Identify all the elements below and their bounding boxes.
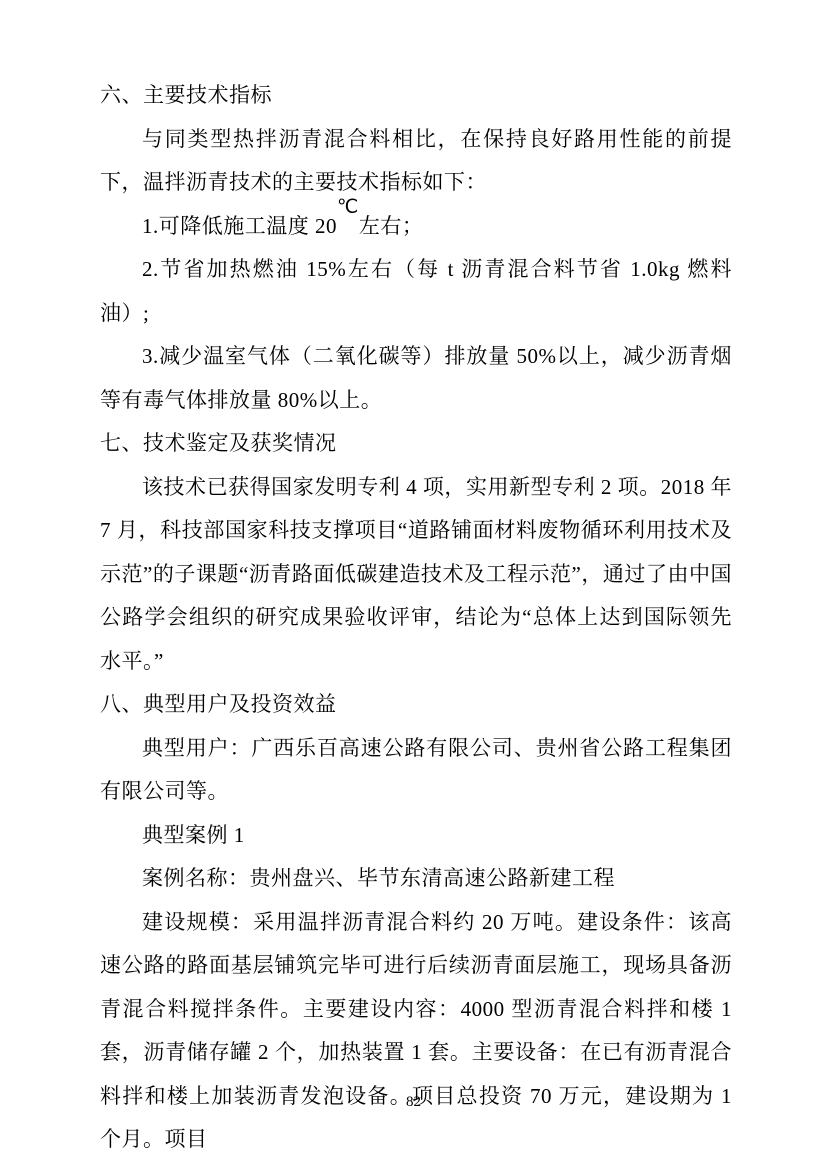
section-heading-main-technical-indicators: 六、主要技术指标	[100, 74, 732, 118]
section-heading-typical-users: 八、典型用户及投资效益	[100, 683, 732, 727]
case-name-paragraph: 案例名称：贵州盘兴、毕节东清高速公路新建工程	[100, 857, 732, 901]
page-number: 82	[0, 1094, 827, 1111]
section-heading-technical-appraisal: 七、技术鉴定及获奖情况	[100, 422, 732, 466]
typical-users-paragraph: 典型用户：广西乐百高速公路有限公司、贵州省公路工程集团有限公司等。	[100, 727, 732, 814]
tech-indicator-item-3: 3.减少温室气体（二氧化碳等）排放量 50%以上，减少沥青烟等有毒气体排放量 8…	[100, 335, 732, 422]
typical-case-label: 典型案例 1	[100, 814, 732, 858]
document-page: 六、主要技术指标 与同类型热拌沥青混合料相比，在保持良好路用性能的前提下，温拌沥…	[0, 0, 827, 1169]
item-1-prefix-text: 1.可降低施工温度 20	[142, 214, 337, 238]
item-1-suffix-text: 左右；	[359, 214, 424, 238]
document-content: 六、主要技术指标 与同类型热拌沥青混合料相比，在保持良好路用性能的前提下，温拌沥…	[100, 74, 732, 1162]
case-details-paragraph: 建设规模：采用温拌沥青混合料约 20 万吨。建设条件：该高速公路的路面基层铺筑完…	[100, 901, 732, 1162]
tech-indicator-item-2: 2.节省加热燃油 15%左右（每 t 沥青混合料节省 1.0kg 燃料油）;	[100, 248, 732, 335]
section-7-paragraph: 该技术已获得国家发明专利 4 项，实用新型专利 2 项。2018 年 7 月，科…	[100, 466, 732, 684]
section-6-intro-paragraph: 与同类型热拌沥青混合料相比，在保持良好路用性能的前提下，温拌沥青技术的主要技术指…	[100, 118, 732, 205]
tech-indicator-item-1: 1.可降低施工温度 20℃左右；	[100, 205, 732, 249]
celsius-superscript: ℃	[337, 197, 359, 218]
